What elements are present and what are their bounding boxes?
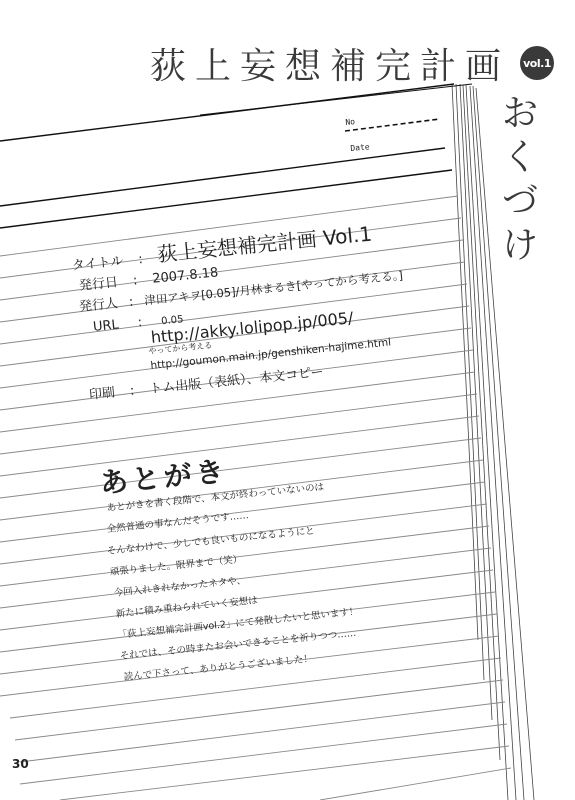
page-number: 30 bbox=[12, 757, 29, 771]
afterword: あとがき あとがきを書く段階で、本文が終わっていないのは 全然普通の事なんだそう… bbox=[0, 0, 575, 800]
